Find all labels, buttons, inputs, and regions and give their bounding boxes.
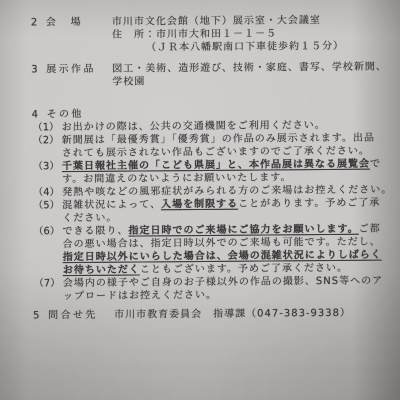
note-marker: （5）: [33, 199, 62, 225]
document-line: （ＪＲ本八幡駅南口下車徒歩約１５分）: [112, 39, 399, 54]
text-segment: ことがあります。予めご了承: [238, 198, 380, 210]
note-marker: （1）: [33, 121, 62, 134]
section-number: 4: [32, 108, 47, 121]
text-segment: 市川市文化会館（地下）展示室・大会議室: [112, 15, 321, 28]
note-body: 会場内の様子やご自身のお子様以外の作品の撮影、SNS等へのアップロードはお控えく…: [63, 274, 400, 303]
text-segment: お出かけの際は、公共の交通機関をご利用ください。: [62, 120, 326, 133]
document-line: 市川市教育委員会 指導課（047-383-9338）: [114, 306, 400, 321]
note-marker: （2）: [33, 134, 62, 160]
text-segment: 学校園: [112, 76, 145, 87]
text-segment: こともございます。予めご了承ください。: [140, 263, 348, 276]
section-contact: 5問合せ先市川市教育委員会 指導課（047-383-9338）: [33, 306, 400, 322]
section-number: 2: [31, 16, 46, 55]
note-marker: （4）: [33, 186, 62, 199]
section-body: 市川市文化会館（地下）展示室・大会議室住 所：市川市大和田１－１－５（ＪＲ本八幡…: [112, 13, 399, 54]
text-segment: す。お間違えのないようにお願いいたします。: [62, 172, 291, 185]
text-segment: できる限り、: [62, 226, 128, 238]
note-marker: （6）: [33, 225, 62, 277]
section-number: 3: [31, 63, 46, 89]
text-segment: ご都: [359, 224, 381, 235]
emphasized-text-segment: 入場を制限する: [161, 199, 238, 211]
text-segment: 市川市教育委員会 指導課（047-383-9338）: [114, 308, 351, 321]
text-segment: （ＪＲ本八幡駅南口下車徒歩約１５分）: [146, 41, 344, 54]
section-title: その他: [47, 108, 113, 122]
text-segment: 住 所：市川市大和田１－１－５: [112, 28, 277, 40]
document-line: 図工・美術、造形遊び、技術・家庭、書写、学校新聞、: [112, 60, 399, 75]
note-5: （5）混雑状況によって、入場を制限することがあります。予めご了承ください。: [33, 196, 400, 225]
document-line: 学校園: [112, 73, 399, 88]
section-body: 図工・美術、造形遊び、技術・家庭、書写、学校新聞、学校園: [112, 60, 399, 88]
note-body: 新聞展は「最優秀賞」「優秀賞」の作品のみ展示されます。出品されても展示されない作…: [62, 131, 400, 160]
note-marker: （7）: [34, 277, 63, 303]
emphasized-text-segment: 指定日時でのご来場にご協力をお願いします。: [128, 224, 358, 237]
document-content: 2会 場市川市文化会館（地下）展示室・大会議室住 所：市川市大和田１－１－５（Ｊ…: [0, 13, 400, 322]
section-body: 市川市教育委員会 指導課（047-383-9338）: [114, 306, 400, 321]
section-title: 会 場: [46, 16, 112, 56]
note-body: 混雑状況によって、入場を制限することがあります。予めご了承ください。: [62, 196, 400, 225]
text-segment: 会場内の様子やご自身のお子様以外の作品の撮影、SNS等へのア: [63, 276, 383, 290]
emphasized-text-segment: 千葉日報社主催の「こども県展」と、本作品展は異なる展覧会: [62, 159, 370, 172]
note-2: （2）新聞展は「最優秀賞」「優秀賞」の作品のみ展示されます。出品されても展示され…: [33, 131, 400, 160]
text-segment: 図工・美術、造形遊び、技術・家庭、書写、学校新聞、: [112, 62, 387, 75]
text-segment: で: [370, 159, 381, 170]
emphasized-text-segment: お待ちいただく: [63, 264, 140, 276]
section-number: 5: [33, 309, 48, 322]
text-segment: ップロードはお控えください。: [63, 290, 217, 302]
note-body: 千葉日報社主催の「こども県展」と、本作品展は異なる展覧会です。お間違えのないよう…: [62, 157, 400, 186]
note-marker: （3）: [33, 160, 62, 186]
note-6: （6）できる限り、指定日時でのご来場にご協力をお願いします。ご都合の悪い場合は、…: [33, 222, 400, 277]
text-segment: 混雑状況によって、: [62, 199, 161, 211]
document-line: ップロードはお控えください。: [63, 287, 400, 303]
section-title: 展示作品: [46, 63, 112, 90]
section-venue: 2会 場市川市文化会館（地下）展示室・大会議室住 所：市川市大和田１－１－５（Ｊ…: [31, 13, 399, 55]
document-line: 混雑状況によって、入場を制限することがあります。予めご了承: [62, 196, 400, 212]
document-line: 指定日時以外にいらした場合は、会場の混雑状況によりしばらく: [63, 248, 400, 264]
paper-photo: 2会 場市川市文化会館（地下）展示室・大会議室住 所：市川市大和田１－１－５（Ｊ…: [0, 0, 400, 400]
document-line: 会場内の様子やご自身のお子様以外の作品の撮影、SNS等へのア: [63, 274, 400, 290]
text-segment: ください。: [62, 213, 117, 224]
section-title: 問合せ先: [48, 309, 114, 323]
note-body: できる限り、指定日時でのご来場にご協力をお願いします。ご都合の悪い場合は、指定日…: [62, 222, 400, 277]
section-works: 3展示作品図工・美術、造形遊び、技術・家庭、書写、学校新聞、学校園: [31, 60, 399, 89]
note-7: （7）会場内の様子やご自身のお子様以外の作品の撮影、SNS等へのアップロードはお…: [34, 274, 400, 303]
document-line: 千葉日報社主催の「こども県展」と、本作品展は異なる展覧会で: [62, 157, 400, 173]
note-3: （3）千葉日報社主催の「こども県展」と、本作品展は異なる展覧会です。お間違えのな…: [33, 157, 400, 186]
